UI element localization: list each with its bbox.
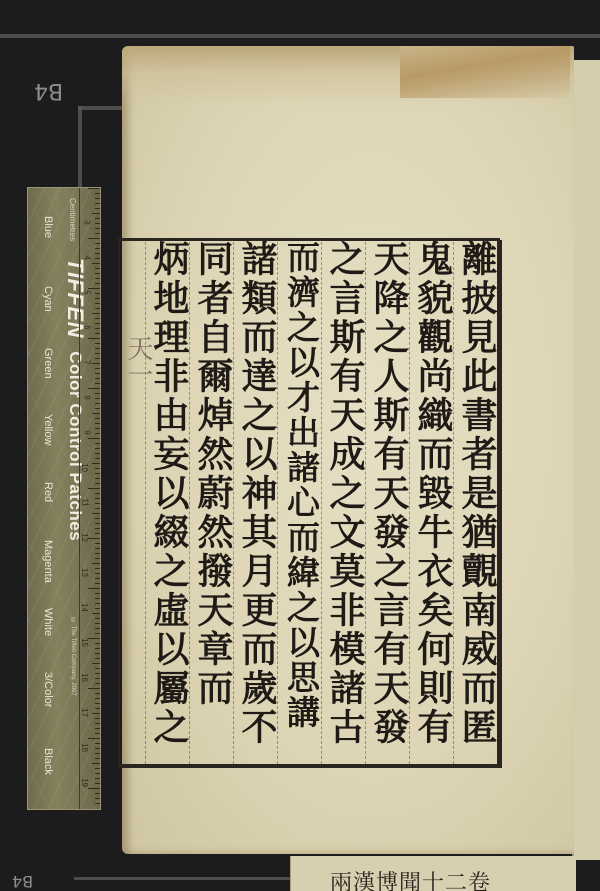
strip-color-labels: Blue Cyan Green Yellow Red Magenta White…: [32, 188, 54, 809]
ruler-tick: [92, 513, 100, 514]
ruler-tick: [95, 348, 100, 349]
ruler-number: 9: [82, 430, 91, 434]
ruler-tick: [95, 453, 100, 454]
ruler-tick: [95, 698, 100, 699]
ruler-tick: [88, 238, 100, 239]
ruler-number: 13: [80, 568, 89, 577]
text-column-5: 而濟之以才出諸心而緯之以思講: [279, 240, 323, 765]
ruler-tick: [95, 803, 100, 804]
ruler-number: 7: [82, 360, 91, 364]
ruler-tick: [95, 648, 100, 649]
ruler-tick: [95, 478, 100, 479]
ruler-tick: [88, 288, 100, 289]
ruler-tick: [95, 653, 100, 654]
ruler-tick: [95, 278, 100, 279]
text-column-3: 天降之人斯有天發之言有天發: [367, 240, 411, 765]
ruler-tick: [95, 473, 100, 474]
adjacent-page-edge: [572, 60, 600, 860]
ruler-tick: [95, 493, 100, 494]
ruler-tick: [95, 673, 100, 674]
text-column-1: 離披見此書者是猶覿南威而匿: [455, 240, 499, 765]
ruler-tick: [95, 448, 100, 449]
ruler-tick: [95, 233, 100, 234]
ruler-tick: [95, 668, 100, 669]
ruler-tick: [88, 388, 100, 389]
mat-line-inner-top: [78, 106, 126, 110]
ruler-tick: [92, 413, 100, 414]
text-column-7: 同者自爾焯然蔚然撥天章而: [191, 240, 235, 765]
ruler-number: 14: [80, 603, 89, 612]
ruler-tick: [88, 638, 100, 639]
mat-line-inner-left: [78, 106, 82, 188]
color-label-red: Red: [32, 482, 54, 502]
ruler-tick: [95, 523, 100, 524]
ruler-tick: [95, 518, 100, 519]
ruler-tick: [95, 403, 100, 404]
ruler-tick: [95, 323, 100, 324]
ruler-tick: [95, 598, 100, 599]
ruler-tick: [95, 793, 100, 794]
centimetre-ruler: 345678910111213141516171819: [79, 188, 100, 809]
ruler-tick: [95, 318, 100, 319]
ruler-tick: [95, 383, 100, 384]
ruler-tick: [95, 398, 100, 399]
color-control-strip: Blue Cyan Green Yellow Red Magenta White…: [27, 187, 101, 810]
ruler-number: 4: [82, 255, 91, 259]
ruler-number: 6: [82, 325, 91, 329]
ruler-tick: [95, 583, 100, 584]
ruler-tick: [92, 463, 100, 464]
ruler-tick: [95, 773, 100, 774]
ruler-tick: [95, 433, 100, 434]
ruler-tick: [95, 303, 100, 304]
color-label-white: White: [32, 608, 54, 636]
ruler-tick: [95, 443, 100, 444]
ruler-tick: [95, 418, 100, 419]
ruler-tick: [95, 358, 100, 359]
ruler-tick: [95, 268, 100, 269]
ruler-tick: [95, 408, 100, 409]
ruler-tick: [88, 488, 100, 489]
ruler-tick: [95, 308, 100, 309]
ruler-number: 18: [80, 743, 89, 752]
ruler-tick: [95, 508, 100, 509]
ruler-tick: [95, 223, 100, 224]
mat-line-top: [0, 34, 600, 38]
ruler-tick: [95, 293, 100, 294]
ruler-tick: [95, 373, 100, 374]
ruler-tick: [95, 533, 100, 534]
ruler-tick: [88, 738, 100, 739]
color-label-magenta: Magenta: [32, 540, 54, 583]
ruler-tick: [95, 208, 100, 209]
ruler-tick: [95, 603, 100, 604]
mat-label-bottom: B4: [12, 872, 33, 891]
ruler-tick: [95, 253, 100, 254]
ruler-tick: [95, 198, 100, 199]
color-label-cyan: Cyan: [32, 286, 54, 312]
ruler-tick: [95, 328, 100, 329]
ruler-tick: [95, 573, 100, 574]
ruler-tick: [95, 428, 100, 429]
ruler-tick: [95, 503, 100, 504]
ruler-number: 5: [82, 290, 91, 294]
ruler-tick: [95, 578, 100, 579]
ruler-tick: [88, 338, 100, 339]
ruler-number: 19: [80, 778, 89, 787]
ruler-number: 17: [80, 708, 89, 717]
ruler-number: 12: [80, 533, 89, 542]
ruler-tick: [95, 678, 100, 679]
ruler-tick: [95, 643, 100, 644]
ruler-number: 11: [80, 498, 89, 506]
ruler-tick: [88, 438, 100, 439]
ruler-tick: [95, 723, 100, 724]
ruler-tick: [95, 783, 100, 784]
ruler-tick: [95, 243, 100, 244]
ruler-tick: [95, 753, 100, 754]
color-label-black: Black: [32, 748, 54, 775]
ruler-tick: [95, 568, 100, 569]
ruler-tick: [95, 378, 100, 379]
ruler-tick: [95, 708, 100, 709]
ruler-tick: [88, 538, 100, 539]
color-label-green: Green: [32, 348, 54, 379]
ruler-tick: [95, 393, 100, 394]
ruler-tick: [95, 778, 100, 779]
mat-label-top: B4: [34, 78, 63, 103]
ruler-number: 10: [80, 463, 89, 472]
color-label-3color: 3/Color: [32, 672, 54, 707]
ruler-tick: [88, 788, 100, 789]
ruler-tick: [95, 543, 100, 544]
ruler-tick: [95, 633, 100, 634]
ruler-tick: [95, 733, 100, 734]
mat-line-bottom: [74, 877, 304, 880]
ruler-tick: [95, 333, 100, 334]
ruler-number: 16: [80, 673, 89, 682]
ruler-tick: [95, 218, 100, 219]
ruler-tick: [92, 263, 100, 264]
ruler-tick: [95, 368, 100, 369]
strip-copyright: © The Tiffen Company, 2007: [70, 618, 76, 696]
ruler-tick: [88, 688, 100, 689]
ruler-tick: [95, 593, 100, 594]
ruler-tick: [95, 248, 100, 249]
ruler-tick: [95, 423, 100, 424]
ruler-tick: [95, 623, 100, 624]
ruler-tick: [95, 618, 100, 619]
title-slip-text: 兩漢博聞十二卷: [330, 866, 491, 891]
ruler-tick: [95, 298, 100, 299]
ruler-tick: [88, 188, 100, 189]
ruler-tick: [92, 713, 100, 714]
ruler-tick: [95, 483, 100, 484]
ruler-tick: [95, 628, 100, 629]
ruler-tick: [95, 193, 100, 194]
ruler-tick: [95, 458, 100, 459]
ruler-tick: [95, 558, 100, 559]
ruler-tick: [92, 663, 100, 664]
ruler-tick: [95, 758, 100, 759]
ruler-tick: [95, 283, 100, 284]
ruler-tick: [92, 313, 100, 314]
color-label-blue: Blue: [32, 216, 54, 238]
ruler-tick: [95, 728, 100, 729]
ruler-tick: [95, 693, 100, 694]
ruler-tick: [95, 718, 100, 719]
ruler-tick: [95, 553, 100, 554]
ruler-tick: [95, 608, 100, 609]
ruler-tick: [95, 548, 100, 549]
ruler-tick: [95, 743, 100, 744]
ruler-tick: [95, 343, 100, 344]
ruler-tick: [92, 563, 100, 564]
text-column-6: 諸類而達之以神其月更而歲不: [235, 240, 279, 765]
ruler-tick: [95, 768, 100, 769]
ruler-tick: [88, 588, 100, 589]
ruler-tick: [95, 203, 100, 204]
ruler-tick: [95, 703, 100, 704]
color-label-yellow: Yellow: [32, 414, 54, 445]
ruler-tick: [95, 273, 100, 274]
ruler-number: 15: [80, 638, 89, 647]
ruler-tick: [95, 498, 100, 499]
page-repair-patch: [400, 46, 570, 98]
ruler-number: 8: [82, 395, 91, 399]
text-column-8: 炳地理非由妄以綴之虛以屬之: [147, 240, 191, 765]
scale-label: Centimetres: [68, 198, 77, 241]
ruler-tick: [95, 258, 100, 259]
ruler-tick: [95, 683, 100, 684]
ruler-tick: [92, 363, 100, 364]
ruler-number: 3: [82, 220, 91, 224]
text-column-4: 之言斯有天成之文莫非模諸古: [323, 240, 367, 765]
text-column-2: 鬼貌觀尚織而毀牛衣矣何則有: [411, 240, 455, 765]
ruler-tick: [95, 658, 100, 659]
ruler-tick: [95, 468, 100, 469]
ruler-tick: [95, 798, 100, 799]
ruler-tick: [95, 748, 100, 749]
ruler-tick: [95, 228, 100, 229]
ruler-tick: [92, 213, 100, 214]
ruler-tick: [95, 353, 100, 354]
ruler-tick: [92, 613, 100, 614]
ruler-tick: [95, 528, 100, 529]
ruler-tick: [92, 763, 100, 764]
